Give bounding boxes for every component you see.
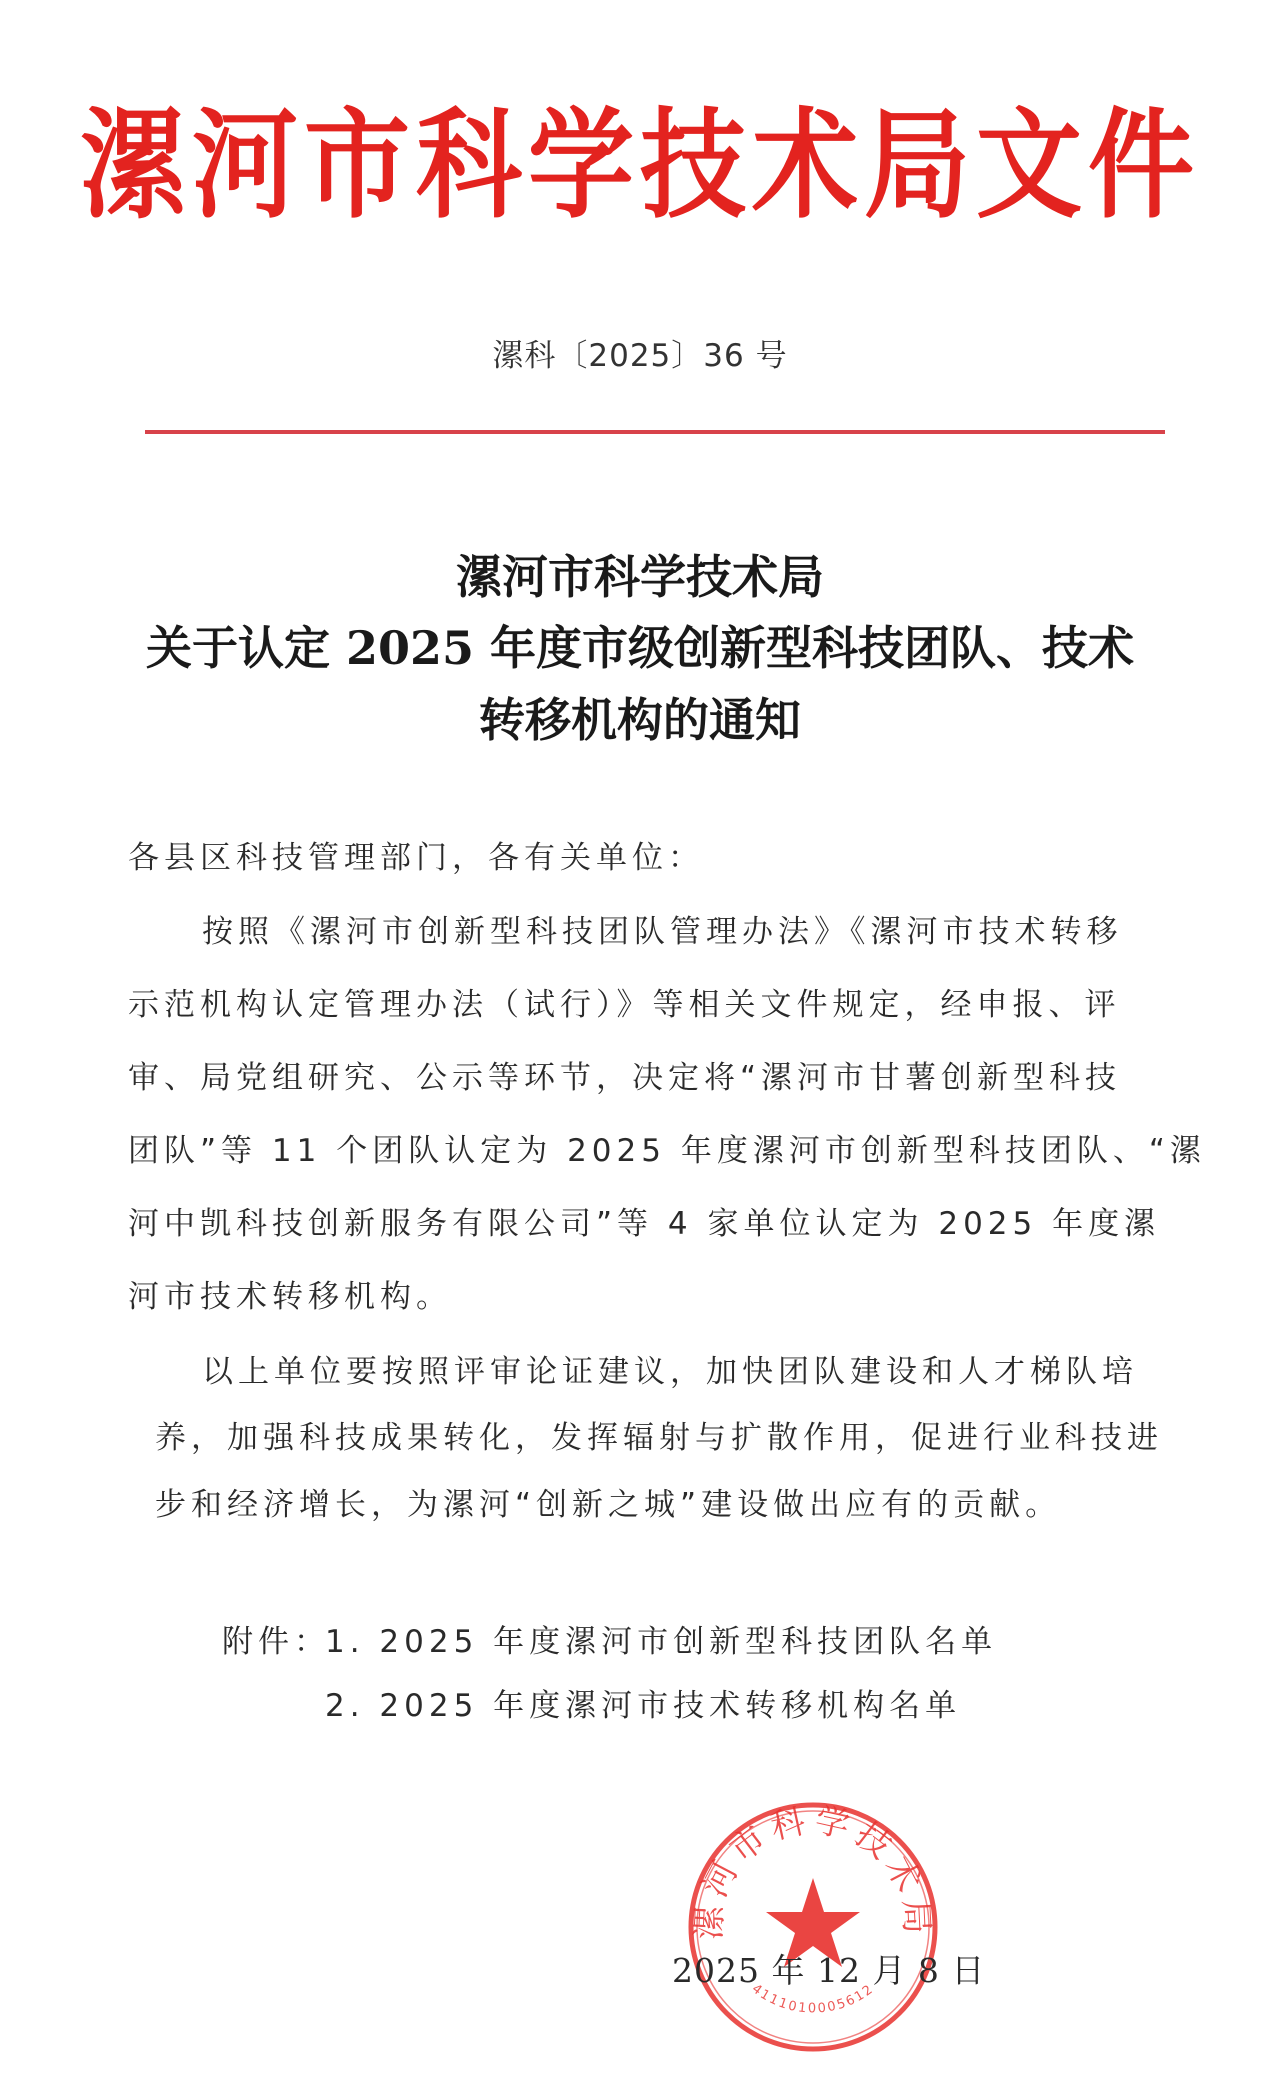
notice-title-line-3: 转移机构的通知 xyxy=(0,695,1280,745)
red-divider-rule xyxy=(145,430,1165,434)
paragraph1-line: 示范机构认定管理办法（试行）》等相关文件规定，经申报、评 xyxy=(128,985,1168,1025)
official-seal-icon: 漯河市科学技术局 4111010005612 xyxy=(686,1800,940,2054)
paragraph1-line: 按照《漯河市创新型科技团队管理办法》《漯河市技术转移 xyxy=(202,912,1242,952)
attachment-item-2: 2. 2025 年度漯河市技术转移机构名单 xyxy=(325,1686,1280,1726)
paragraph1-line: 河市技术转移机构。 xyxy=(128,1277,1168,1317)
paragraph2-line: 以上单位要按照评审论证建议，加快团队建设和人才梯队培 xyxy=(202,1352,1242,1392)
document-number: 漯科〔2025〕36 号 xyxy=(0,330,1280,375)
paragraph1-line: 河中凯科技创新服务有限公司”等 4 家单位认定为 2025 年度漯 xyxy=(128,1204,1168,1244)
paragraph2-line: 养，加强科技成果转化，发挥辐射与扩散作用，促进行业科技进 xyxy=(155,1418,1195,1458)
notice-title-line-2: 关于认定 2025 年度市级创新型科技团队、技术 xyxy=(0,623,1280,673)
notice-title-line-1: 漯河市科学技术局 xyxy=(0,552,1280,602)
attachment-item-1: 1. 2025 年度漯河市创新型科技团队名单 xyxy=(325,1622,1280,1662)
salutation: 各县区科技管理部门，各有关单位： xyxy=(128,838,1168,878)
paragraph2-line: 步和经济增长，为漯河“创新之城”建设做出应有的贡献。 xyxy=(155,1485,1195,1525)
paragraph1-line: 审、局党组研究、公示等环节，决定将“漯河市甘薯创新型科技 xyxy=(128,1058,1168,1098)
issuer-red-header: 漯河市科学技术局文件 xyxy=(0,87,1280,244)
issue-date: 2025 年 12 月 8 日 xyxy=(672,1945,985,1992)
paragraph1-line: 团队”等 11 个团队认定为 2025 年度漯河市创新型科技团队、“漯 xyxy=(128,1131,1168,1171)
